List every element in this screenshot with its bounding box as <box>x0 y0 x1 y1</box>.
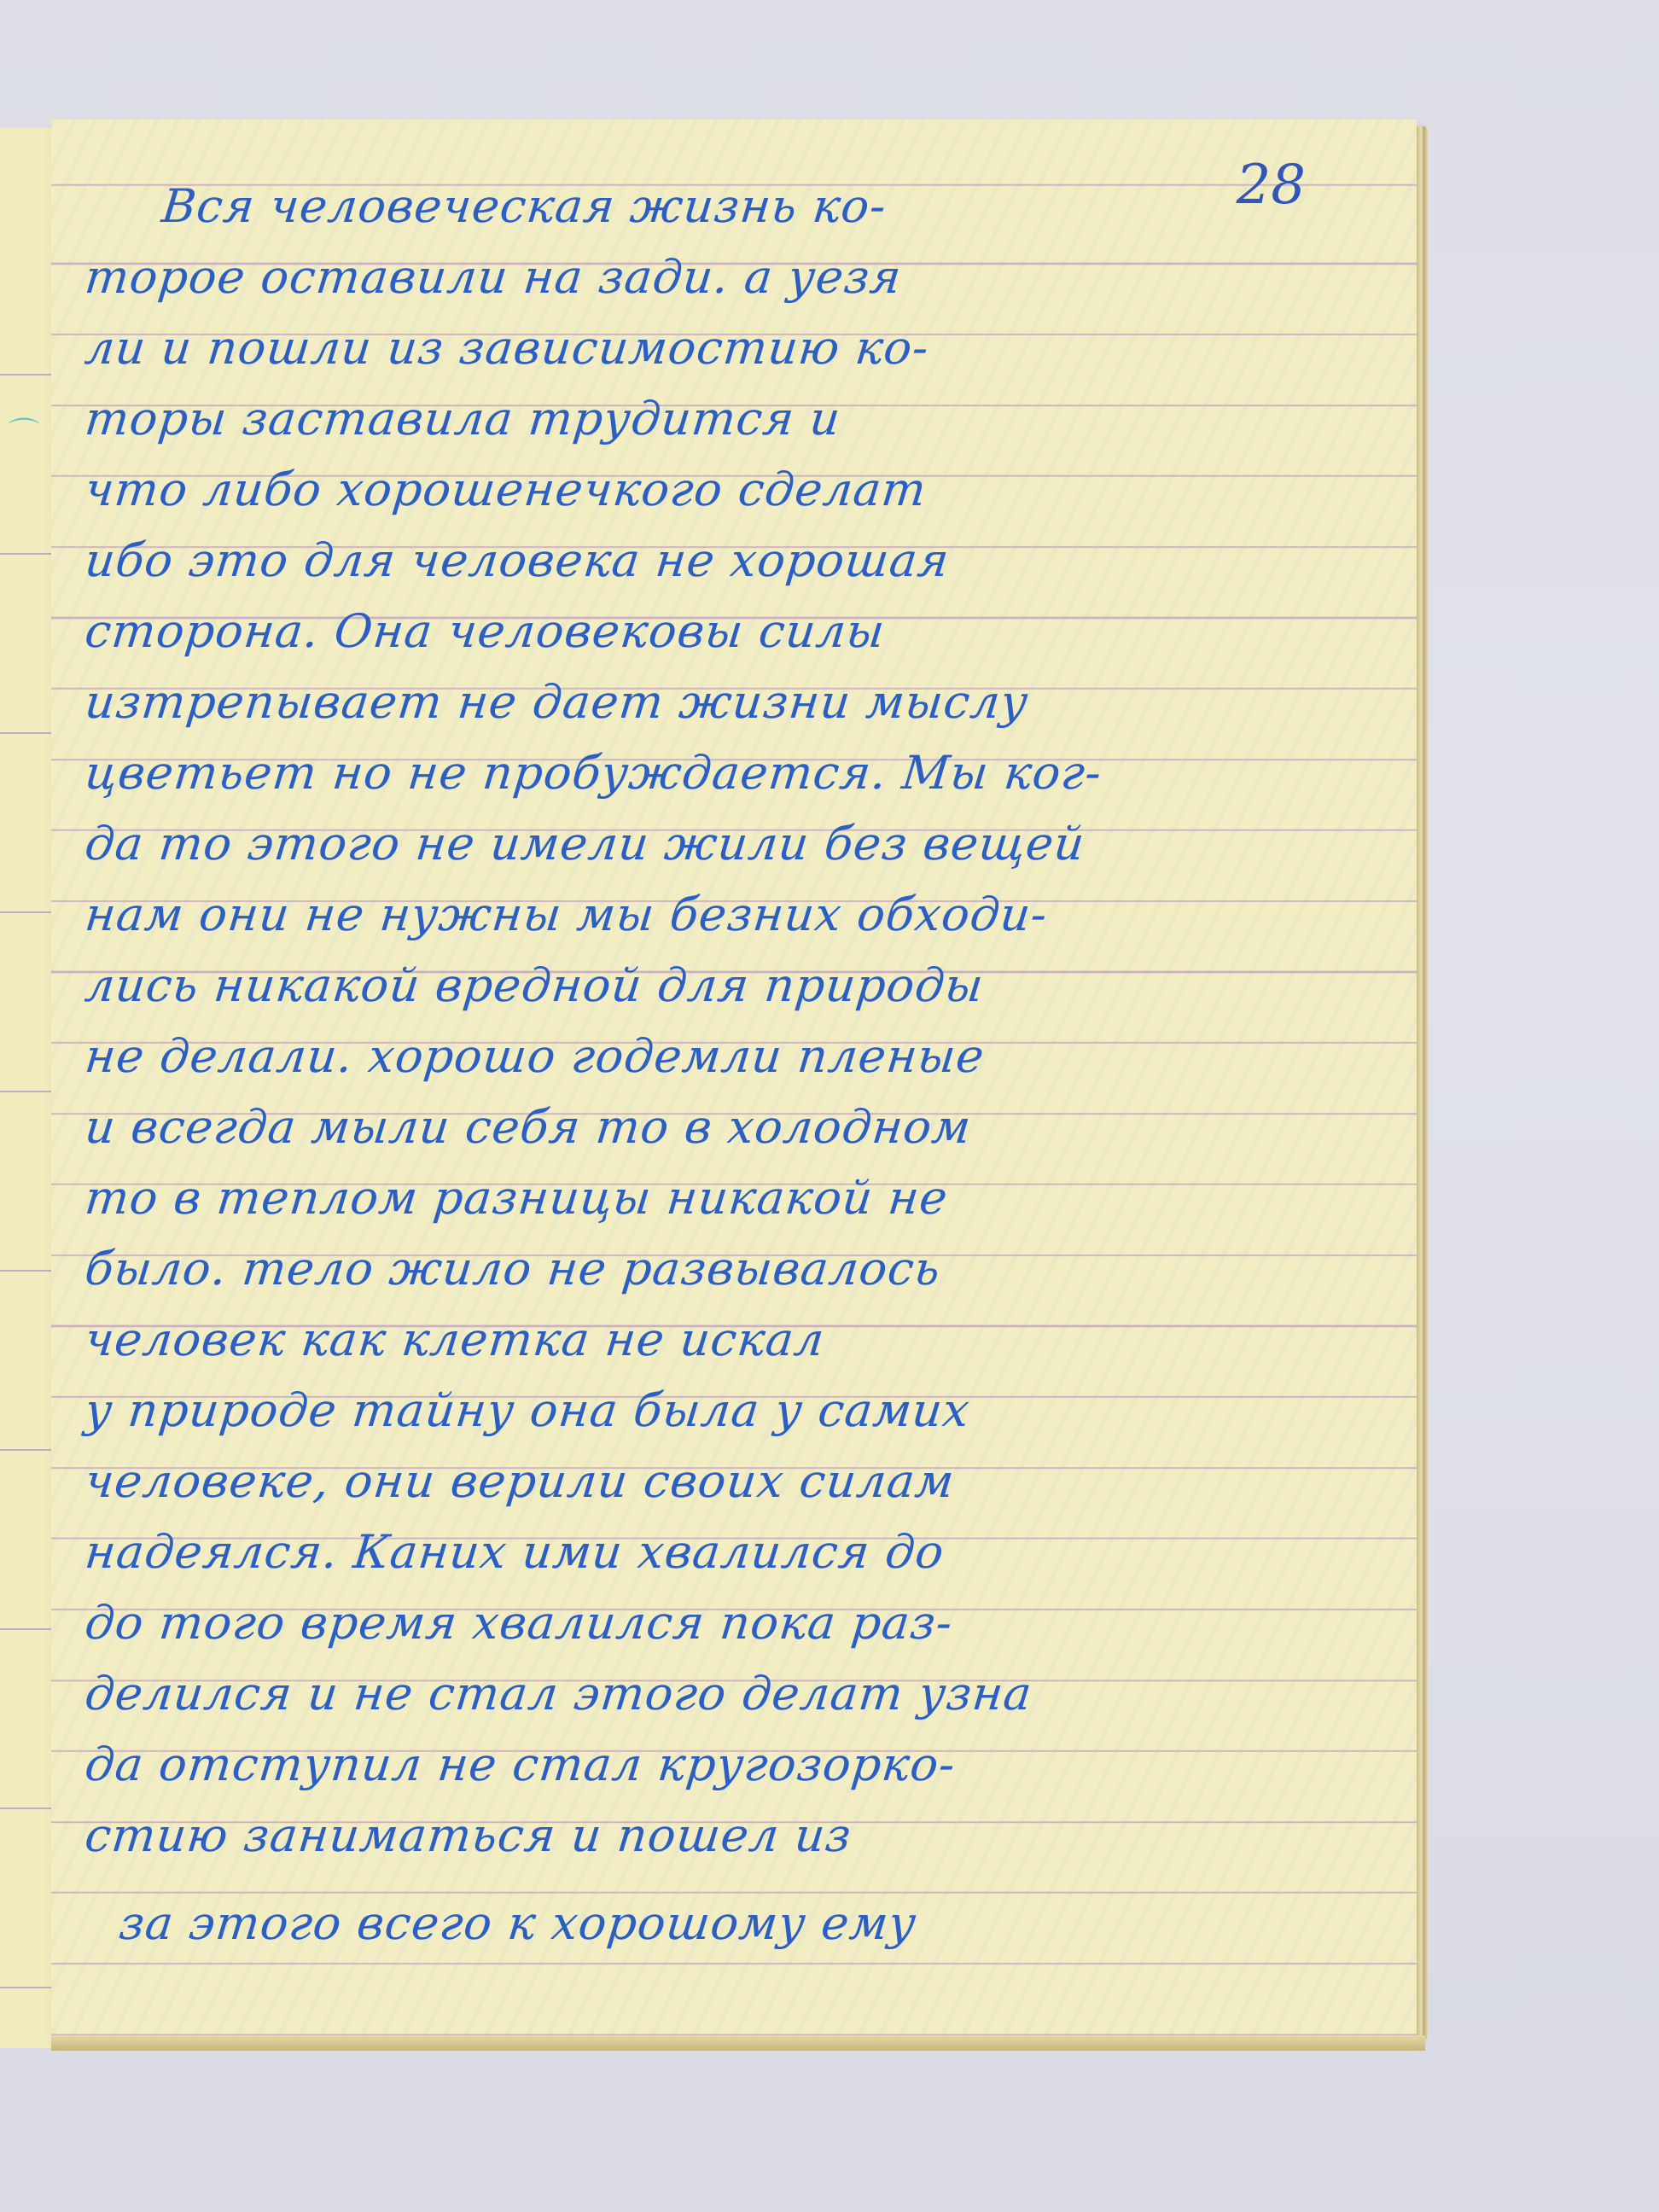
margin-mark: ⌒ <box>9 410 39 453</box>
text-line: было. тело жило не развывалось <box>82 1233 1387 1304</box>
text-line: сторона. Она человековы силы <box>82 596 1387 667</box>
text-line: человеке, они верили своих силам <box>82 1446 1387 1516</box>
text-line: за этого всего к хорошому ему <box>82 1888 1387 1959</box>
text-line: изтрепывает не дает жизни мыслу <box>82 667 1387 737</box>
page-bottom-edge <box>51 2035 1425 2051</box>
text-line: человек как клетка не искал <box>82 1304 1387 1375</box>
text-line: надеялся. Каних ими хвалился до <box>82 1516 1387 1587</box>
text-line: цветьет но не пробуждается. Мы ког- <box>82 737 1387 808</box>
text-line: не делали. хорошо годемли пленые <box>82 1021 1387 1091</box>
text-line: торое оставили на зади. а уезя <box>82 242 1387 312</box>
text-line: стию заниматься и пошел из <box>82 1800 1387 1871</box>
facing-page-edge: ⌒ <box>0 128 53 2048</box>
text-line: что либо хорошенечкого сделат <box>82 454 1387 525</box>
text-line: ибо это для человека не хорошая <box>82 525 1387 596</box>
text-line: до того время хвалился пока раз- <box>82 1587 1387 1658</box>
handwritten-text: Вся человеческая жизнь ко-торое оставили… <box>85 171 1382 1959</box>
text-line: да то этого не имели жили без вещей <box>82 808 1387 879</box>
text-line: и всегда мыли себя то в холодном <box>82 1091 1387 1162</box>
text-line: у природе тайну она была у самих <box>82 1375 1387 1446</box>
notebook-page: 28 Вся человеческая жизнь ко-торое остав… <box>51 119 1417 2040</box>
page-stack-edge <box>1417 126 1429 2040</box>
text-line: лись никакой вредной для природы <box>82 950 1387 1021</box>
text-line: делился и не стал этого делат узна <box>82 1658 1387 1729</box>
text-line: да отступил не стал кругозорко- <box>82 1729 1387 1800</box>
text-line: Вся человеческая жизнь ко- <box>82 171 1387 242</box>
text-line: то в теплом разницы никакой не <box>82 1162 1387 1233</box>
text-line: нам они не нужны мы безних обходи- <box>82 879 1387 950</box>
text-line: ли и пошли из зависимостию ко- <box>82 312 1387 383</box>
text-line: торы заставила трудится и <box>82 383 1387 454</box>
